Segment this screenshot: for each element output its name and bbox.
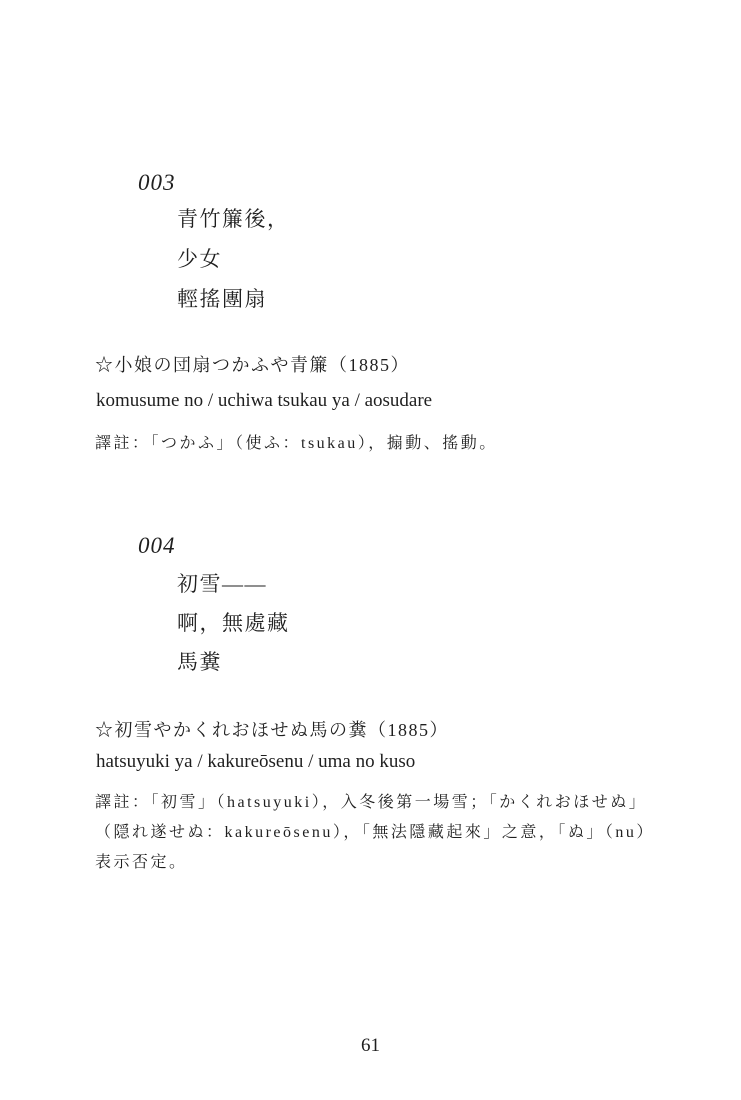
poem-003-translator-note: 譯註：「つかふ」（使ふ：tsukau），搧動、搖動。 — [95, 430, 498, 453]
poem-003-original-japanese: ☆小娘の団扇つかふや青簾（1885） — [95, 351, 410, 377]
page-number: 61 — [0, 1035, 741, 1057]
poem-004-original-japanese: ☆初雪やかくれおほせぬ馬の糞（1885） — [95, 716, 449, 742]
poem-004-line-3: 馬糞 — [177, 646, 222, 676]
poem-003-romaji: komusume no / uchiwa tsukau ya / aosudar… — [96, 390, 432, 412]
poem-004-translator-note-line-3: 表示否定。 — [95, 849, 188, 872]
poem-number-003: 003 — [138, 170, 176, 196]
book-page: 003 青竹簾後， 少女 輕搖團扇 ☆小娘の団扇つかふや青簾（1885） kom… — [0, 0, 741, 1100]
poem-number-004: 004 — [138, 533, 176, 559]
poem-003-line-2: 少女 — [177, 243, 222, 273]
poem-003-line-1: 青竹簾後， — [177, 203, 290, 233]
poem-004-line-2: 啊，無處藏 — [177, 607, 290, 637]
poem-004-line-1: 初雪—— — [177, 568, 267, 598]
poem-003-line-3: 輕搖團扇 — [177, 283, 267, 313]
poem-004-romaji: hatsuyuki ya / kakureōsenu / uma no kuso — [96, 751, 415, 773]
poem-004-translator-note-line-1: 譯註：「初雪」（hatsuyuki），入冬後第一場雪；「かくれおほせぬ」 — [95, 789, 647, 812]
poem-004-translator-note-line-2: （隠れ遂せぬ：kakureōsenu），「無法隱藏起來」之意，「ぬ」（nu） — [95, 819, 655, 842]
